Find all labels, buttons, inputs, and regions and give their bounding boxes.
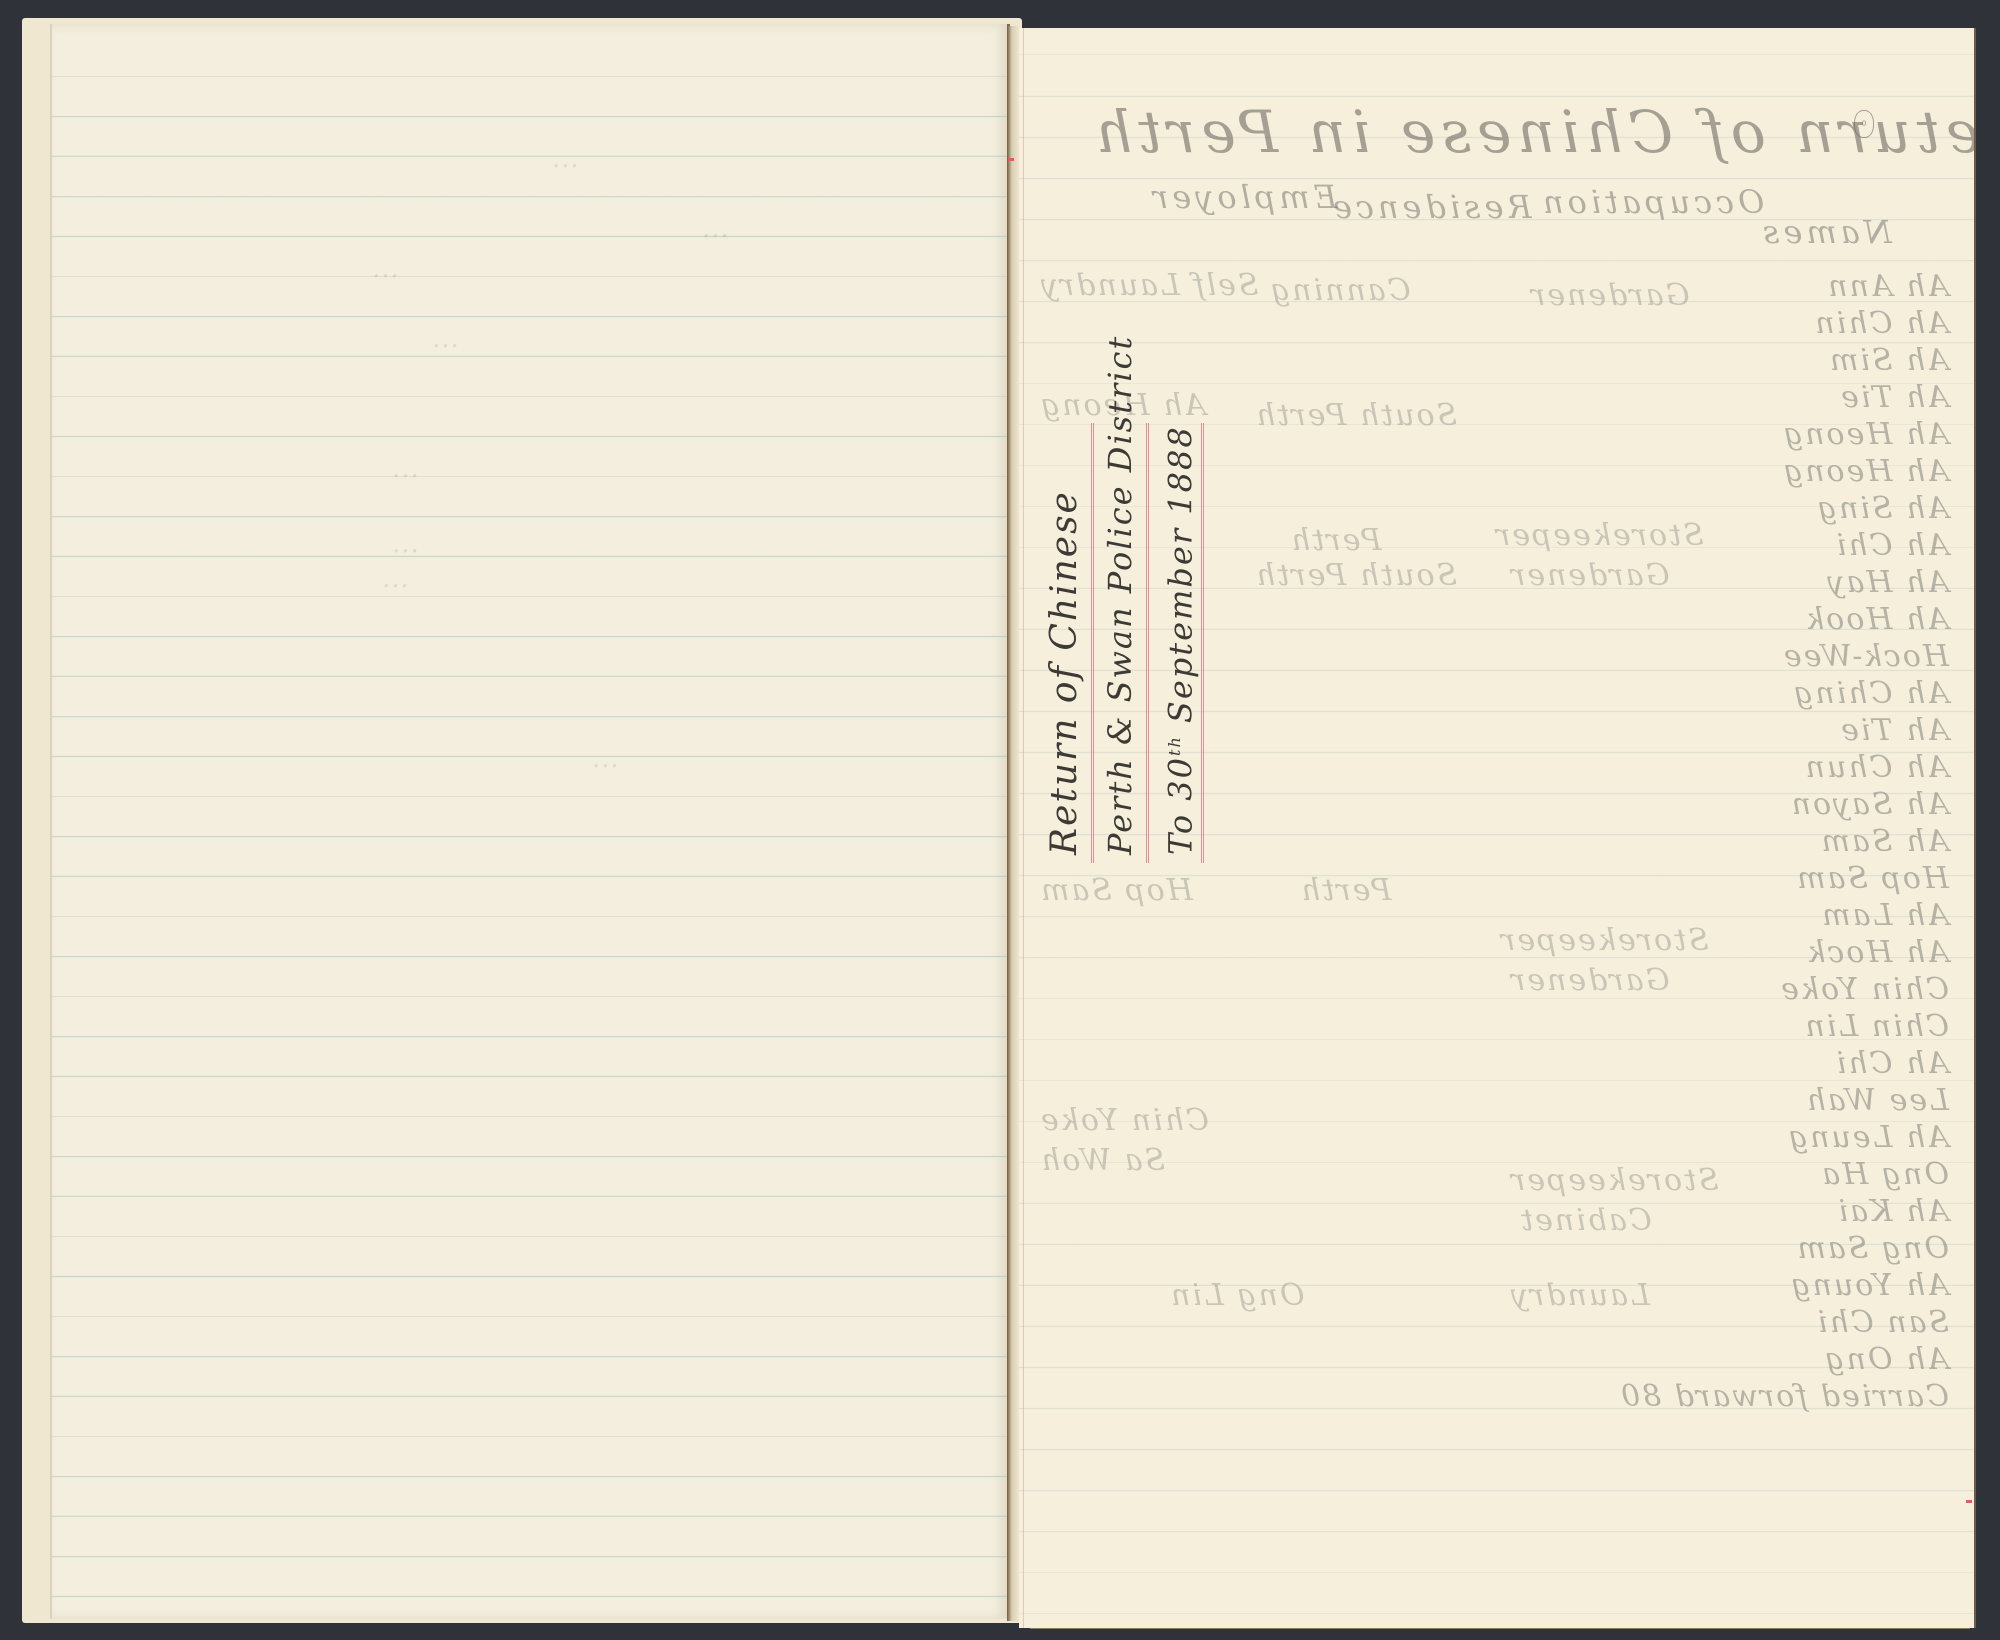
- mirrored-name: Ah Heong: [1719, 416, 1949, 453]
- docket-date-prefix: To 30: [1162, 756, 1200, 855]
- mirrored-name: Ah Ching: [1719, 675, 1949, 712]
- mirrored-employer: Self Laundry: [1039, 268, 1258, 303]
- mirrored-name: Ah Tie: [1719, 379, 1949, 416]
- docket-date-ordinal: th: [1165, 735, 1184, 756]
- page-ruling: [52, 24, 1007, 1619]
- mirrored-residence: Perth: [1299, 873, 1391, 908]
- mirrored-employer: Sa Woh: [1039, 1143, 1165, 1178]
- mirrored-name: Ah Chun: [1719, 749, 1949, 786]
- mirrored-name: Chin Lin: [1719, 1008, 1949, 1045]
- mirrored-name: Lee Wah: [1719, 1082, 1949, 1119]
- mirrored-name: Chin Yoke: [1719, 971, 1949, 1008]
- mirrored-name: Ah Leung: [1719, 1119, 1949, 1156]
- mirrored-name: Ah Hook: [1719, 601, 1949, 638]
- ghost-text-line: ...: [392, 454, 420, 484]
- mirrored-name: Ong Ha: [1719, 1156, 1949, 1193]
- mirrored-occupation: Gardener: [1529, 278, 1690, 313]
- mirrored-occupation: Storekeeper: [1494, 518, 1704, 553]
- mirrored-employer: Hop Sam: [1039, 873, 1193, 908]
- mirrored-name: Ah Hock: [1719, 934, 1949, 971]
- mirrored-name: Ah Chi: [1719, 1045, 1949, 1082]
- mirrored-occupation: Gardener: [1509, 558, 1670, 593]
- red-margin-tick: [1008, 158, 1014, 161]
- ghost-text-line: ...: [702, 214, 730, 244]
- mirrored-residence: South Perth: [1254, 398, 1457, 433]
- mirrored-header-names: Names: [1759, 213, 1892, 251]
- mirrored-name: Ah Heong: [1719, 453, 1949, 490]
- mirrored-name: Ah Sayon: [1719, 786, 1949, 823]
- mirrored-occupation: Storekeeper: [1509, 1163, 1719, 1198]
- mirrored-name: San Chi: [1719, 1304, 1949, 1341]
- mirrored-header-residence: Residence: [1329, 188, 1532, 226]
- mirrored-name: Ah Sing: [1719, 490, 1949, 527]
- mirrored-name: Ah Lam: [1719, 897, 1949, 934]
- right-page: 0 Return of Chinese in Perth Names Occup…: [1019, 28, 1976, 1628]
- mirrored-name: Ah Ann: [1719, 268, 1949, 305]
- mirrored-name: Ah Ong: [1719, 1341, 1949, 1378]
- mirrored-employer: Ong Lin: [1169, 1278, 1305, 1313]
- mirrored-name: Hop Sam: [1719, 860, 1949, 897]
- ghost-text-line: ...: [432, 324, 460, 354]
- document-scan: ... ... ... ... ... ... ... ... 0 Return…: [0, 0, 2000, 1640]
- mirrored-name: Ah Chin: [1719, 305, 1949, 342]
- docket-line-title: Return of Chinese: [1039, 423, 1094, 863]
- ghost-text-line: ...: [392, 529, 420, 559]
- docket-label: Return of Chinese Perth & Swan Police Di…: [1039, 423, 1209, 863]
- mirrored-names-column: Ah Ann Ah Chin Ah Sim Ah Tie Ah Heong Ah…: [1719, 268, 1949, 1415]
- docket-line-date: To 30th September 1888: [1149, 423, 1204, 863]
- margin-rule: [1023, 28, 1024, 1628]
- red-margin-tick: [1966, 1500, 1972, 1503]
- mirrored-name: Carried forward 80: [1719, 1378, 1949, 1415]
- mirrored-occupation: Laundry: [1509, 1278, 1650, 1313]
- mirrored-name: Ah Sim: [1719, 342, 1949, 379]
- mirrored-header-occupation: Occupation: [1539, 183, 1764, 221]
- mirrored-occupation: Storekeeper: [1499, 923, 1709, 958]
- docket-line-district: Perth & Swan Police District: [1094, 423, 1149, 863]
- ghost-text-line: ...: [552, 144, 580, 174]
- mirrored-name: Ah Sam: [1719, 823, 1949, 860]
- mirrored-name: Ong Sam: [1719, 1230, 1949, 1267]
- mirrored-name: Ah Hay: [1719, 564, 1949, 601]
- mirrored-title: Return of Chinese in Perth: [1089, 98, 1976, 166]
- ghost-text-line: ...: [592, 744, 620, 774]
- mirrored-name: Ah Young: [1719, 1267, 1949, 1304]
- ghost-text-line: ...: [382, 564, 410, 594]
- mirrored-residence: Perth: [1289, 523, 1381, 558]
- left-page: ... ... ... ... ... ... ... ...: [50, 24, 1010, 1619]
- mirrored-header-employer: Employer: [1149, 178, 1337, 216]
- mirrored-name: Ah Kai: [1719, 1193, 1949, 1230]
- book-spine: [1007, 26, 1019, 1621]
- mirrored-name: Ah Tie: [1719, 712, 1949, 749]
- docket-date-suffix: September 1888: [1162, 425, 1200, 735]
- mirrored-occupation: Cabinet: [1519, 1203, 1652, 1238]
- mirrored-residence: South Perth: [1254, 558, 1457, 593]
- mirrored-occupation: Gardener: [1509, 963, 1670, 998]
- mirrored-employer: Chin Yoke: [1039, 1103, 1209, 1138]
- ghost-text-line: ...: [372, 254, 400, 284]
- mirrored-name: Hock-Wee: [1719, 638, 1949, 675]
- mirrored-residence: Canning: [1269, 273, 1411, 308]
- mirrored-name: Ah Chi: [1719, 527, 1949, 564]
